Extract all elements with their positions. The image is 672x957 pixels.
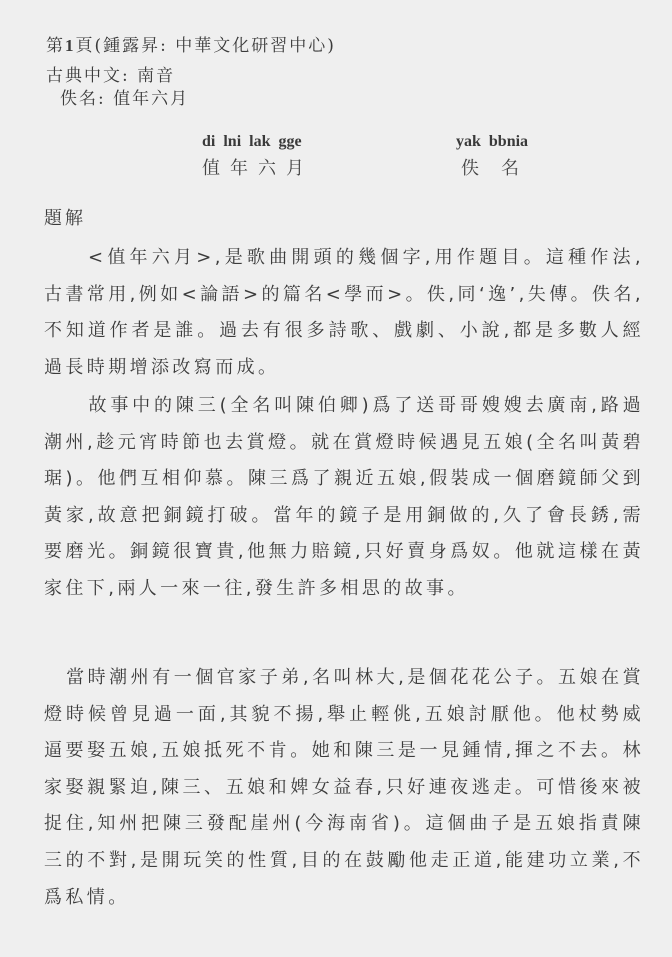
- paragraph-text: 當時潮州有一個官家子弟,名叫林大,是個花花公子。五娘在賞燈時候曾見過一面,其貌不…: [44, 667, 644, 908]
- paragraph-text: 故事中的陳三(全名叫陳伯卿)爲了送哥哥嫂嫂去廣南,路過潮州,趁元宵時節也去賞燈。…: [44, 395, 644, 599]
- section-title: 題解: [44, 204, 86, 230]
- paragraph: <值年六月>,是歌曲開頭的幾個字,用作題目。這種作法,古書常用,例如<論語>的篇…: [44, 240, 644, 386]
- author-name: 佚名: [461, 154, 541, 180]
- author-title-line: 佚名: 值年六月: [60, 84, 189, 109]
- page-number: 1: [65, 36, 76, 55]
- song-title-pronunciation: di lni lak gge: [202, 133, 302, 151]
- song-title: 值年六月: [202, 154, 314, 180]
- course-line: 古典中文: 南音: [46, 61, 175, 86]
- page-label-prefix: 第: [46, 36, 65, 56]
- page-header-line: 第1頁(鍾露昇: 中華文化研習中心): [46, 31, 336, 56]
- author-pronunciation: yak bbnia: [456, 133, 528, 151]
- paragraph: 故事中的陳三(全名叫陳伯卿)爲了送哥哥嫂嫂去廣南,路過潮州,趁元宵時節也去賞燈。…: [44, 388, 644, 608]
- paragraph: 當時潮州有一個官家子弟,名叫林大,是個花花公子。五娘在賞燈時候曾見過一面,其貌不…: [44, 660, 644, 916]
- paragraph-text: <值年六月>,是歌曲開頭的幾個字,用作題目。這種作法,古書常用,例如<論語>的篇…: [44, 247, 644, 378]
- page-source: 頁(鍾露昇: 中華文化研習中心): [76, 36, 336, 56]
